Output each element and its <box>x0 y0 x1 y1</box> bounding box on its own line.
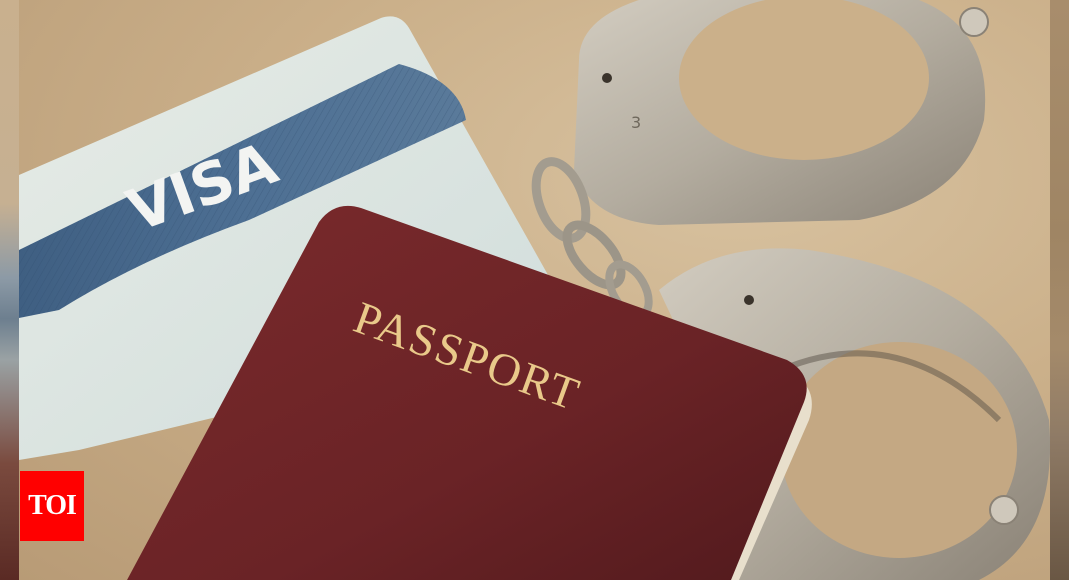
toi-logo-text: TOI <box>28 490 76 522</box>
blurred-edge-right <box>1050 0 1069 580</box>
news-photo: VISA 3 <box>19 0 1050 580</box>
blurred-edge-left <box>0 0 19 580</box>
handcuff-engraving: 3 <box>631 113 641 132</box>
image-frame: VISA 3 <box>0 0 1069 580</box>
toi-logo: TOI <box>20 471 84 541</box>
